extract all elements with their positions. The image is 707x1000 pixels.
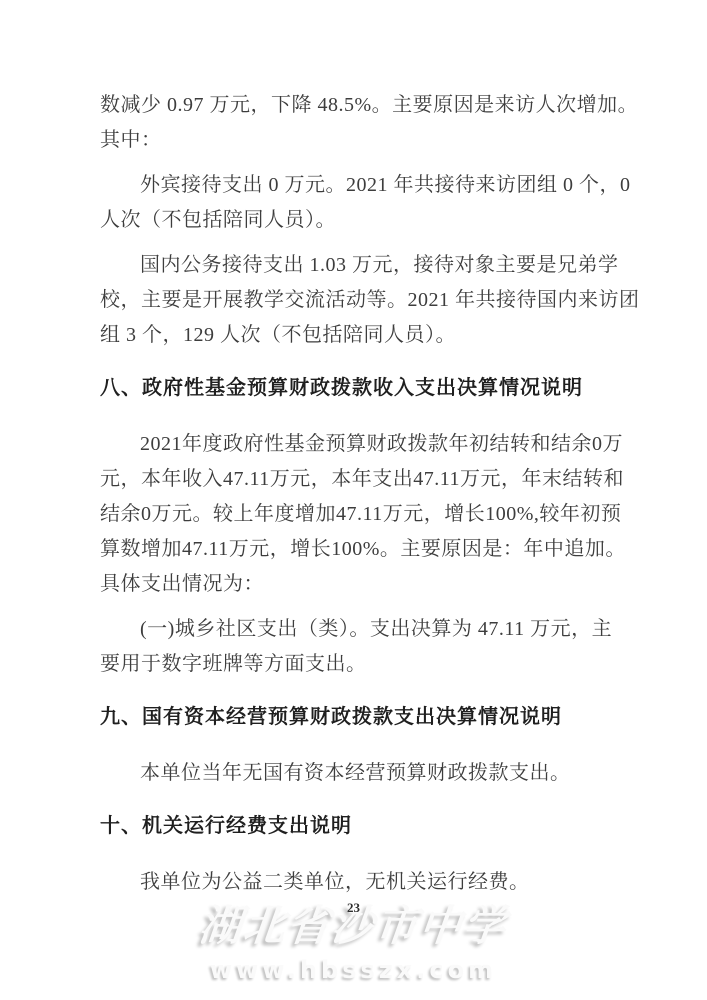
paragraph-line: 元，本年收入47.11万元，本年支出47.11万元，年末结转和 <box>100 462 637 497</box>
paragraph: 国内公务接待支出 1.03 万元，接待对象主要是兄弟学校，主要是开展教学交流活动… <box>100 248 637 353</box>
paragraph: 数减少 0.97 万元，下降 48.5%。主要原因是来访人次增加。其中： <box>100 88 637 158</box>
paragraph: 外宾接待支出 0 万元。2021 年共接待来访团组 0 个，0人次（不包括陪同人… <box>100 168 637 238</box>
paragraph-line: 具体支出情况为： <box>100 567 637 602</box>
page-number: 23 <box>0 900 707 916</box>
paragraph-line: 2021年度政府性基金预算财政拨款年初结转和结余0万 <box>100 427 637 462</box>
paragraph-line: 外宾接待支出 0 万元。2021 年共接待来访团组 0 个，0 <box>100 168 637 203</box>
paragraph: (一)城乡社区支出（类）。支出决算为 47.11 万元，主要用于数字班牌等方面支… <box>100 612 637 682</box>
section-heading: 十、机关运行经费支出说明 <box>100 811 637 841</box>
paragraph-line: (一)城乡社区支出（类）。支出决算为 47.11 万元，主 <box>100 612 637 647</box>
section-heading: 九、国有资本经营预算财政拨款支出决算情况说明 <box>100 702 637 732</box>
section-heading: 八、政府性基金预算财政拨款收入支出决算情况说明 <box>100 373 637 403</box>
paragraph-line: 国内公务接待支出 1.03 万元，接待对象主要是兄弟学 <box>100 248 637 283</box>
paragraph: 我单位为公益二类单位，无机关运行经费。 <box>100 865 637 900</box>
watermark-url: www.hbsszx.com <box>0 956 707 984</box>
paragraph-line: 数减少 0.97 万元，下降 48.5%。主要原因是来访人次增加。 <box>100 88 637 123</box>
paragraph-line: 要用于数字班牌等方面支出。 <box>100 647 637 682</box>
paragraph-line: 人次（不包括陪同人员）。 <box>100 203 637 238</box>
paragraph-line: 其中： <box>100 123 637 158</box>
paragraph-line: 我单位为公益二类单位，无机关运行经费。 <box>100 865 637 900</box>
paragraph-line: 结余0万元。较上年度增加47.11万元，增长100%,较年初预 <box>100 497 637 532</box>
paragraph-line: 本单位当年无国有资本经营预算财政拨款支出。 <box>100 756 637 791</box>
paragraph-line: 组 3 个，129 人次（不包括陪同人员）。 <box>100 318 637 353</box>
paragraph-line: 算数增加47.11万元，增长100%。主要原因是：年中追加。 <box>100 532 637 567</box>
document-body: 数减少 0.97 万元，下降 48.5%。主要原因是来访人次增加。其中：外宾接待… <box>100 88 637 900</box>
paragraph: 本单位当年无国有资本经营预算财政拨款支出。 <box>100 756 637 791</box>
paragraph-line: 校，主要是开展教学交流活动等。2021 年共接待国内来访团 <box>100 283 637 318</box>
document-page: 数减少 0.97 万元，下降 48.5%。主要原因是来访人次增加。其中：外宾接待… <box>0 0 707 1000</box>
paragraph: 2021年度政府性基金预算财政拨款年初结转和结余0万元，本年收入47.11万元，… <box>100 427 637 602</box>
